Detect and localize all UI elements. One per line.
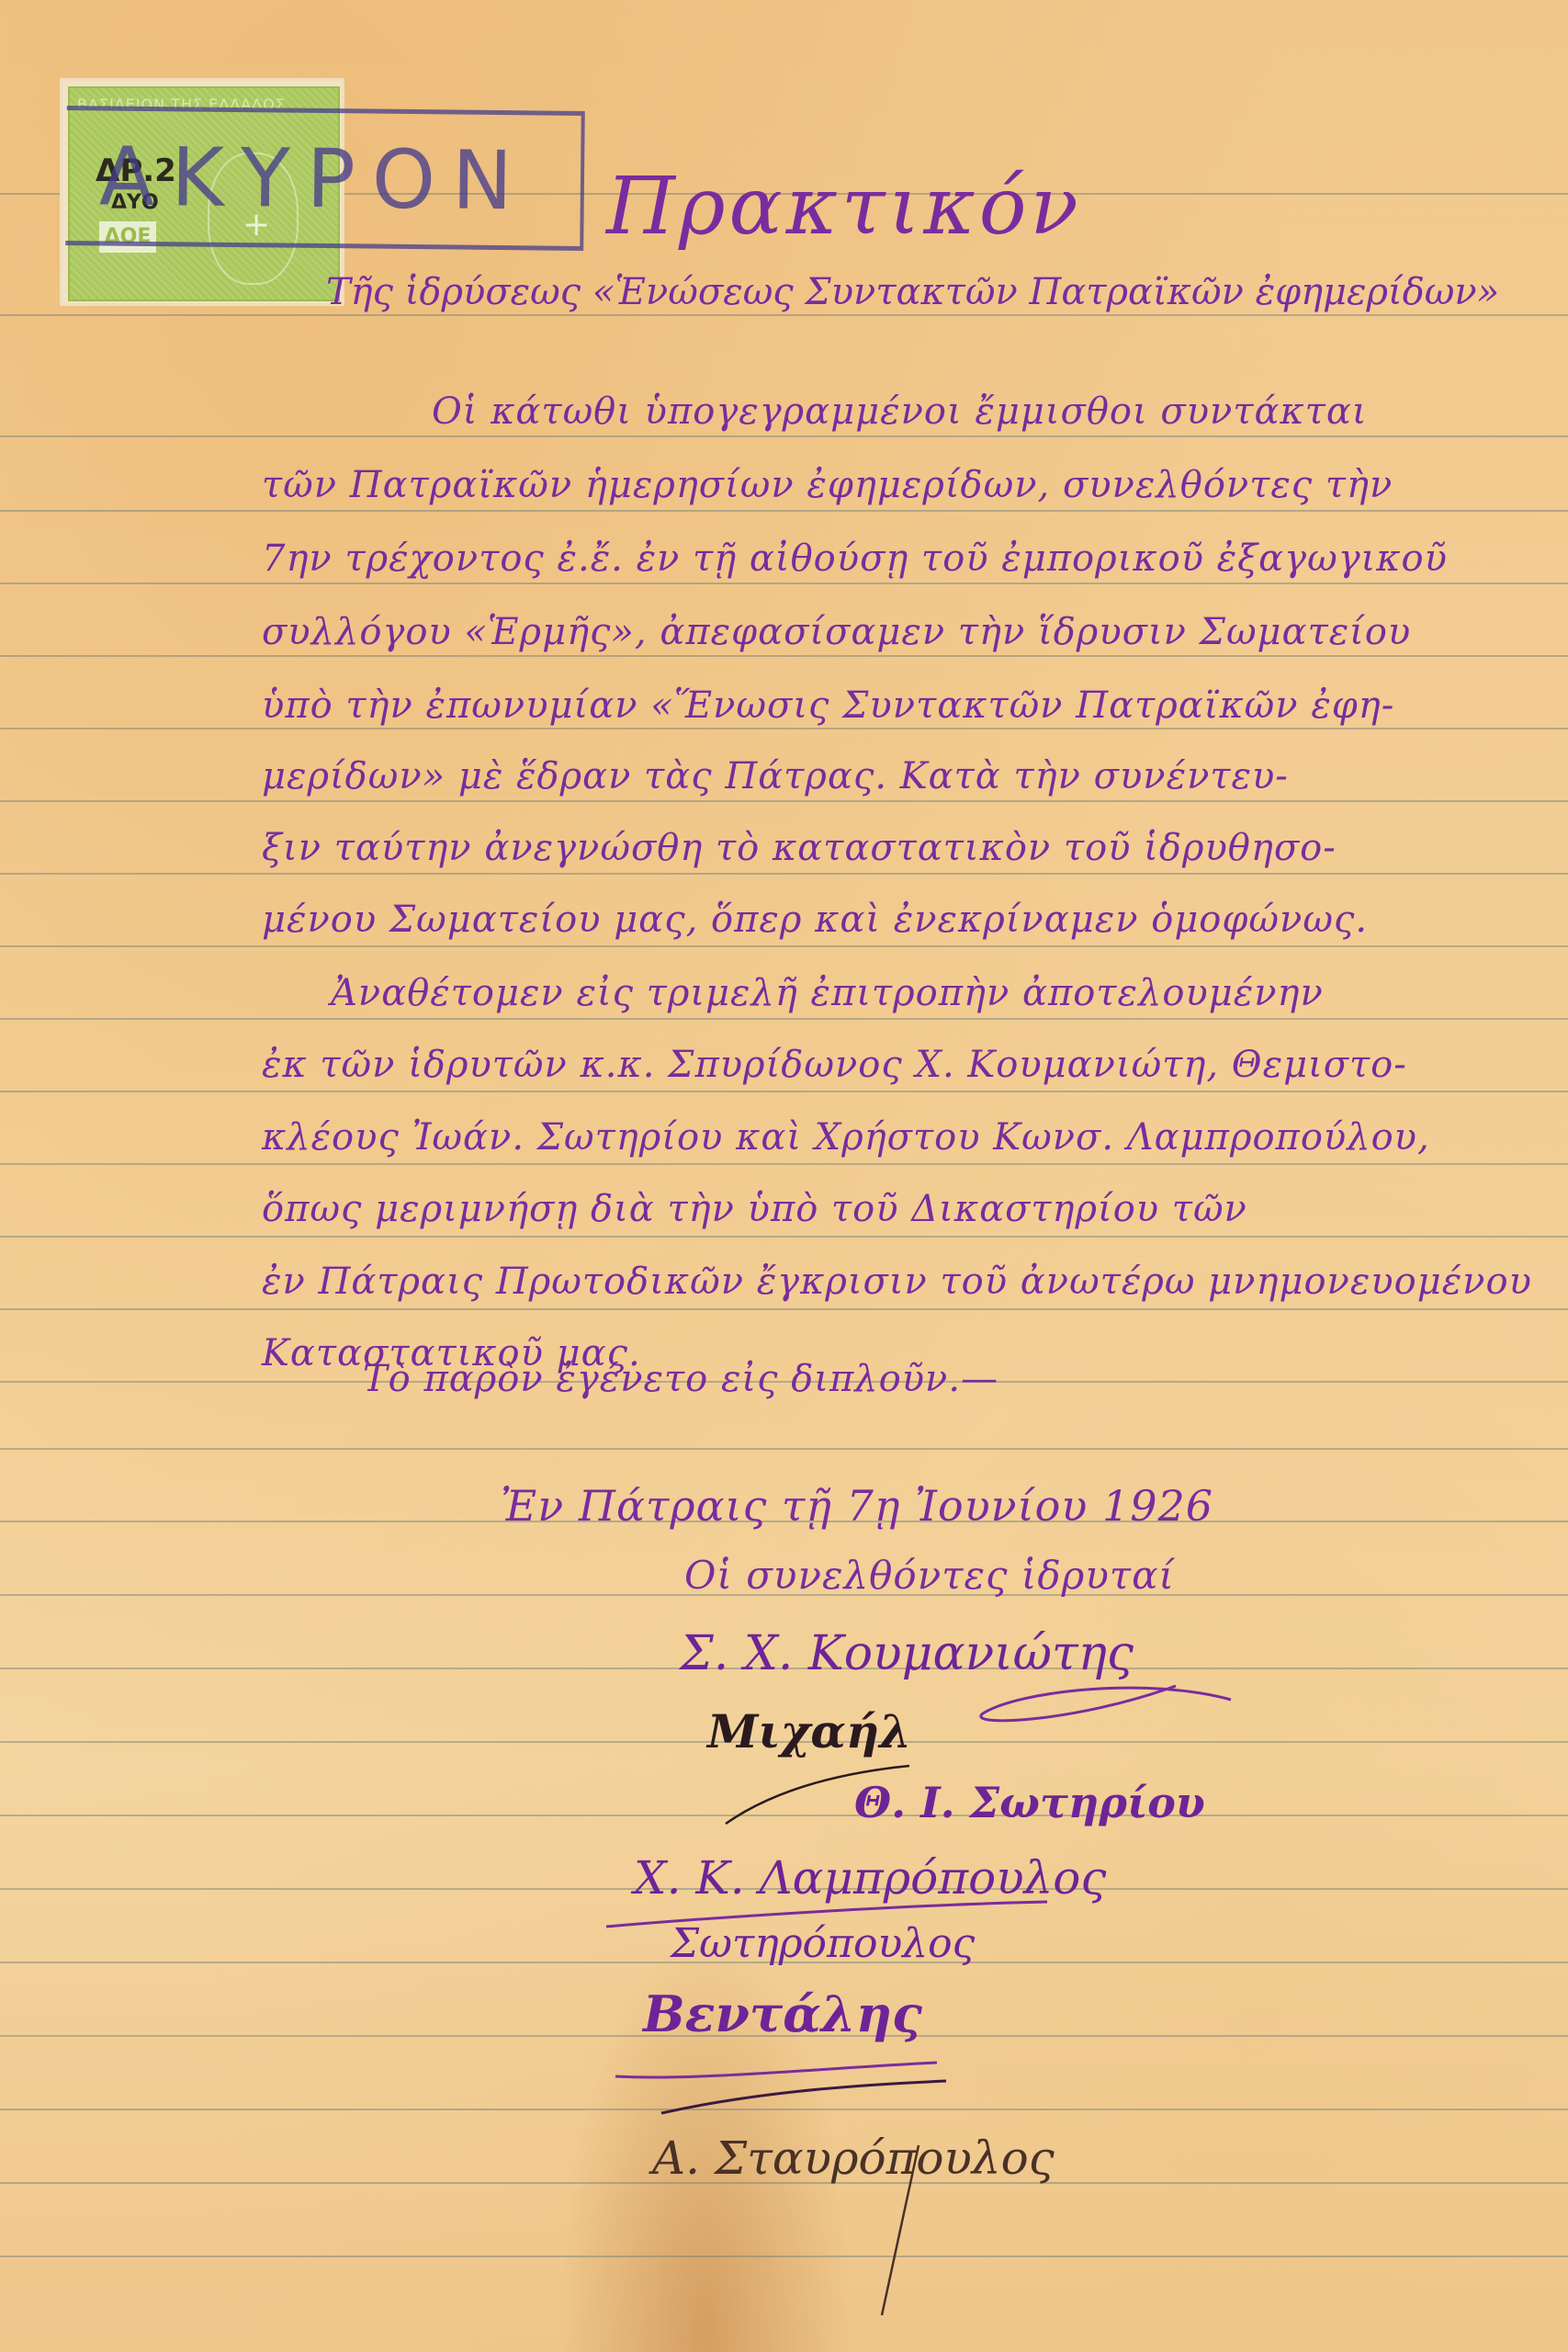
body-line: κλέους Ἰωάν. Σωτηρίου καὶ Χρήστου Κωνσ. … bbox=[262, 1116, 1430, 1159]
signature: Μιχαήλ bbox=[707, 1704, 911, 1758]
body-line: Οἱ κάτωθι ὑπογεγραμμένοι ἔμμισθοι συντάκ… bbox=[432, 390, 1368, 433]
date-line: Ἐν Πάτραις τῇ 7ῃ Ἰουνίου 1926 bbox=[501, 1481, 1213, 1531]
body-line: Ἀναθέτομεν εἰς τριμελῆ ἐπιτροπὴν ἀποτελο… bbox=[331, 972, 1324, 1014]
document-subtitle: Τῆς ἱδρύσεως «Ἑνώσεως Συντακτῶν Πατραϊκῶ… bbox=[326, 271, 1499, 313]
signature-flourish bbox=[964, 1668, 1240, 1732]
document-title: Πρακτικόν bbox=[606, 161, 1082, 253]
signature: Βεντάλης bbox=[643, 1984, 922, 2043]
closing-line: Τὸ παρὸν ἐγένετο εἰς διπλοῦν.— bbox=[363, 1358, 998, 1400]
body-line: μένου Σωματείου μας, ὅπερ καὶ ἐνεκρίναμε… bbox=[262, 899, 1368, 941]
body-line: 7ην τρέχοντος ἐ.ἔ. ἐν τῇ αἰθούσῃ τοῦ ἐμπ… bbox=[262, 537, 1448, 580]
signature: Σωτηρόπουλος bbox=[671, 1920, 975, 1967]
body-line: ὑπὸ τὴν ἐπωνυμίαν «Ἕνωσις Συντακτῶν Πατρ… bbox=[262, 684, 1394, 727]
body-line: ὅπως μεριμνήσῃ διὰ τὴν ὑπὸ τοῦ Δικαστηρί… bbox=[262, 1188, 1247, 1230]
body-line: ἐκ τῶν ἱδρυτῶν κ.κ. Σπυρίδωνος Χ. Κουμαν… bbox=[262, 1044, 1407, 1086]
signature-tail bbox=[863, 2141, 937, 2324]
signature-underline bbox=[606, 2040, 974, 2122]
signatories-label: Οἱ συνελθόντες ἱδρυταί bbox=[684, 1553, 1175, 1598]
body-line: ξιν ταύτην ἀνεγνώσθη τὸ καταστατικὸν τοῦ… bbox=[262, 827, 1337, 869]
body-line: ἐν Πάτραις Πρωτοδικῶν ἔγκρισιν τοῦ ἀνωτέ… bbox=[262, 1261, 1532, 1303]
body-line: τῶν Πατραϊκῶν ἡμερησίων ἐφημερίδων, συνε… bbox=[262, 464, 1393, 506]
cancellation-stamp: ΑΚΥΡΟΝ bbox=[65, 106, 585, 251]
body-line: συλλόγου «Ἑρμῆς», ἀπεφασίσαμεν τὴν ἵδρυσ… bbox=[262, 611, 1411, 653]
signature: Θ. Ι. Σωτηρίου bbox=[854, 1778, 1205, 1827]
body-line: μερίδων» μὲ ἕδραν τὰς Πάτρας. Κατὰ τὴν σ… bbox=[262, 755, 1289, 797]
signature: Α. Σταυρόπουλος bbox=[652, 2131, 1055, 2185]
cancellation-text: ΑΚΥΡΟΝ bbox=[66, 136, 563, 222]
